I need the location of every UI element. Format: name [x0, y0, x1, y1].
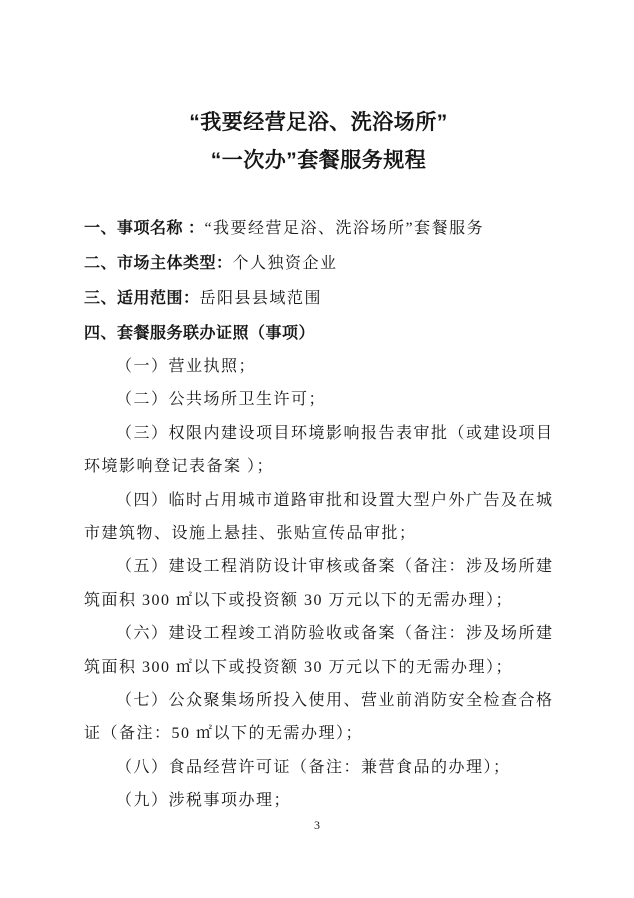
- section-label: 四、套餐服务联办证照（事项）: [84, 325, 315, 342]
- section-heading-1: 一、事项名称 ：“我要经营足浴、洗浴场所”套餐服务: [84, 211, 553, 246]
- section-value: 岳阳县县域范围: [200, 290, 323, 307]
- list-item-8-line-1: （八）食品经营许可证（备注：兼营食品的办理）；: [84, 751, 553, 784]
- list-item-1-line-1: （一）营业执照；: [84, 350, 553, 383]
- list-item-3-line-2: 环境影响登记表备案 ）；: [84, 450, 553, 483]
- list-item-4-line-1: （四）临时占用城市道路审批和设置大型户外广告及在城: [84, 484, 553, 517]
- document-page: “我要经营足浴、洗浴场所” “一次办”套餐服务规程 一、事项名称 ：“我要经营足…: [0, 0, 634, 898]
- title-line-2: “一次办”套餐服务规程: [84, 142, 553, 180]
- section-value: “我要经营足浴、洗浴场所”套餐服务: [204, 220, 484, 237]
- list-item-3-line-1: （三）权限内建设项目环境影响报告表审批（或建设项目: [84, 417, 553, 450]
- section-value: 个人独资企业: [233, 255, 338, 272]
- section-heading-4: 四、套餐服务联办证照（事项）: [84, 316, 553, 351]
- list-item-2-line-1: （二）公共场所卫生许可；: [84, 383, 553, 416]
- document-title: “我要经营足浴、洗浴场所” “一次办”套餐服务规程: [84, 104, 553, 180]
- list-item-4-line-2: 市建筑物、设施上悬挂、张贴宣传品审批；: [84, 517, 553, 550]
- title-line-1: “我要经营足浴、洗浴场所”: [84, 104, 553, 142]
- section-label: 三、适用范围：: [84, 290, 200, 307]
- list-item-6-line-1: （六）建设工程竣工消防验收或备案（备注：涉及场所建: [84, 617, 553, 650]
- list-item-5-line-2: 筑面积 300 ㎡以下或投资额 30 万元以下的无需办理）；: [84, 584, 553, 617]
- list-item-7-line-2: 证（备注：50 ㎡以下的无需办理）；: [84, 717, 553, 750]
- section-heading-2: 二、市场主体类型：个人独资企业: [84, 246, 553, 281]
- section-label: 一、事项名称 ：: [84, 220, 204, 237]
- list-item-9-line-1: （九）涉税事项办理；: [84, 784, 553, 817]
- list-item-6-line-2: 筑面积 300 ㎡以下或投资额 30 万元以下的无需办理）；: [84, 651, 553, 684]
- list-item-7-line-1: （七）公众聚集场所投入使用、营业前消防安全检查合格: [84, 684, 553, 717]
- section-label: 二、市场主体类型：: [84, 255, 233, 272]
- page-number: 3: [0, 817, 634, 833]
- section-heading-3: 三、适用范围：岳阳县县域范围: [84, 281, 553, 316]
- section-headings: 一、事项名称 ：“我要经营足浴、洗浴场所”套餐服务二、市场主体类型：个人独资企业…: [84, 211, 553, 351]
- list-item-5-line-1: （五）建设工程消防设计审核或备案（备注：涉及场所建: [84, 550, 553, 583]
- item-list: （一）营业执照；（二）公共场所卫生许可；（三）权限内建设项目环境影响报告表审批（…: [84, 350, 553, 817]
